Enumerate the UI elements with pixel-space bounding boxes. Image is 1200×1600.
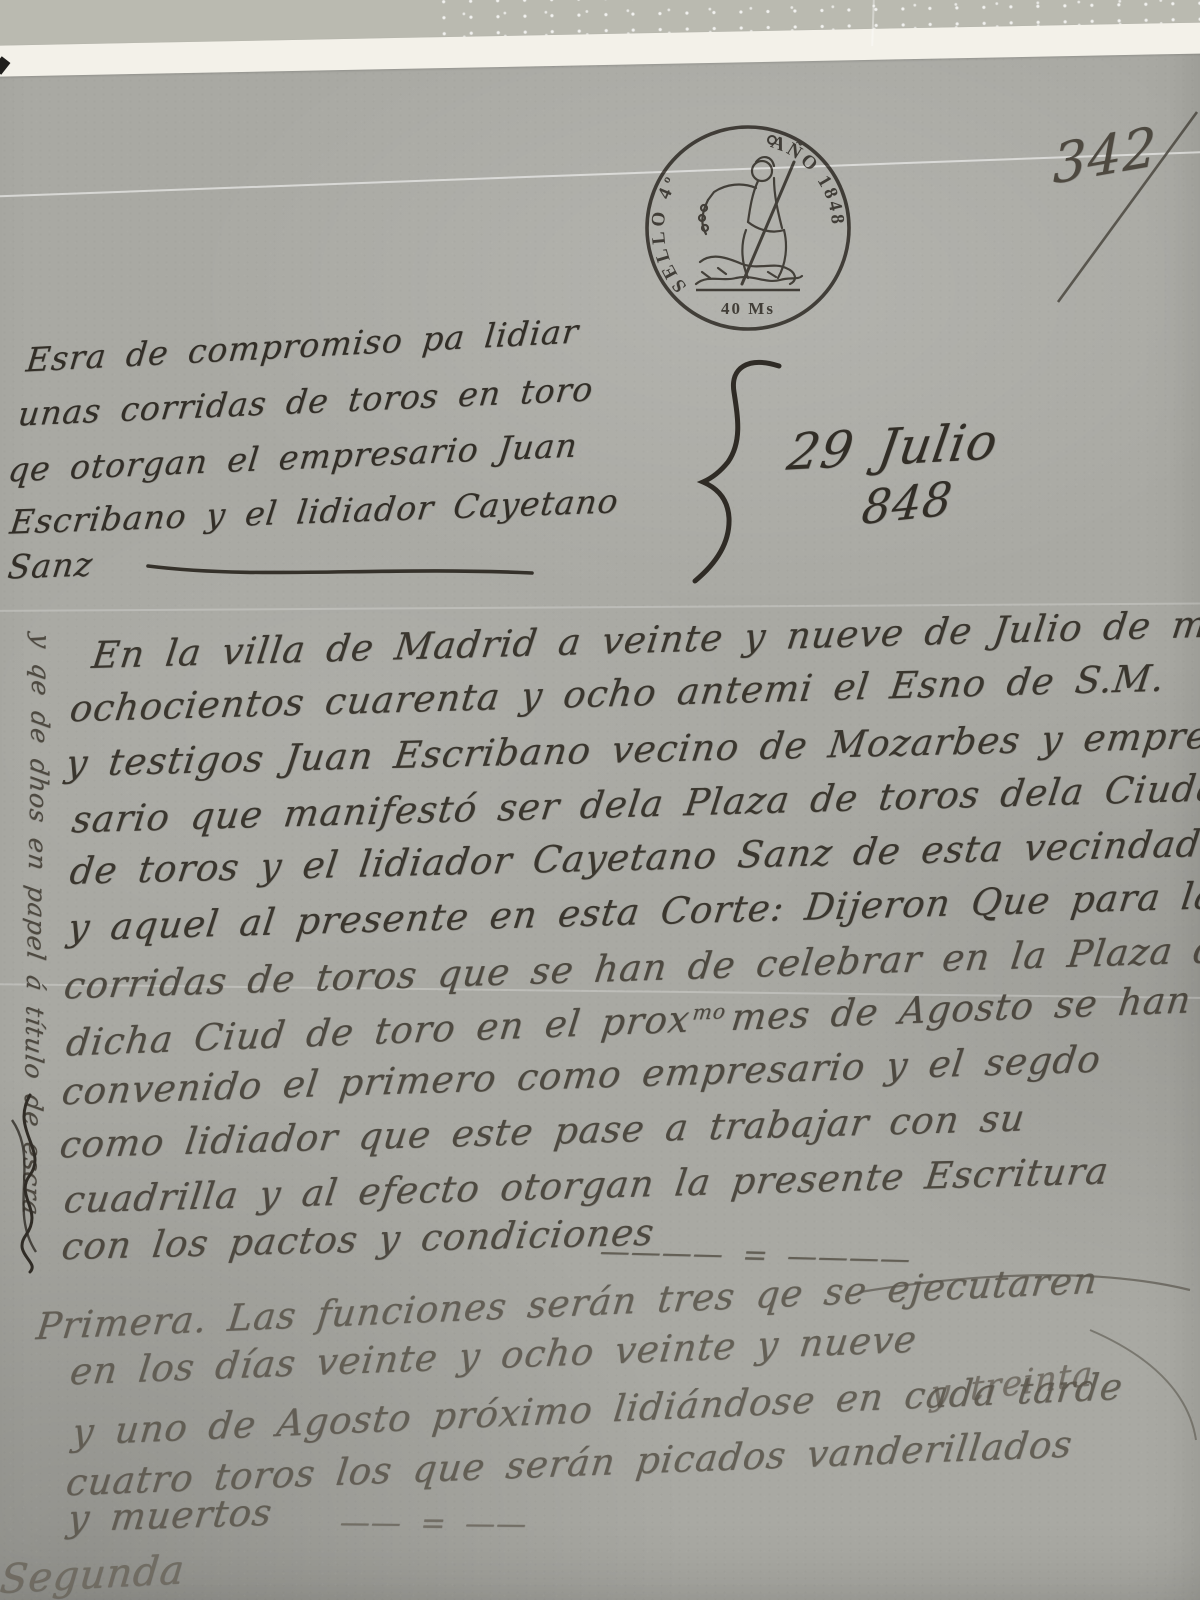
fill-dashes: —— = ——	[337, 1505, 530, 1542]
tax-stamp-seal: SELLO 4º AÑO 1848 40 Ms	[638, 118, 858, 338]
stamp-seated-figure	[696, 157, 802, 284]
superscript-mo: mo	[691, 999, 727, 1024]
date-year: 848	[859, 471, 955, 535]
document-photo: SELLO 4º AÑO 1848 40 Ms 342 Esra de comp…	[0, 0, 1200, 1600]
date-day-month: 29 Julio	[784, 412, 1003, 482]
summary-line: Sanz	[6, 544, 96, 586]
body-line: Segunda	[0, 1547, 187, 1600]
body-line: y muertos	[65, 1491, 275, 1541]
stamp-value-text: 40 Ms	[721, 299, 775, 318]
